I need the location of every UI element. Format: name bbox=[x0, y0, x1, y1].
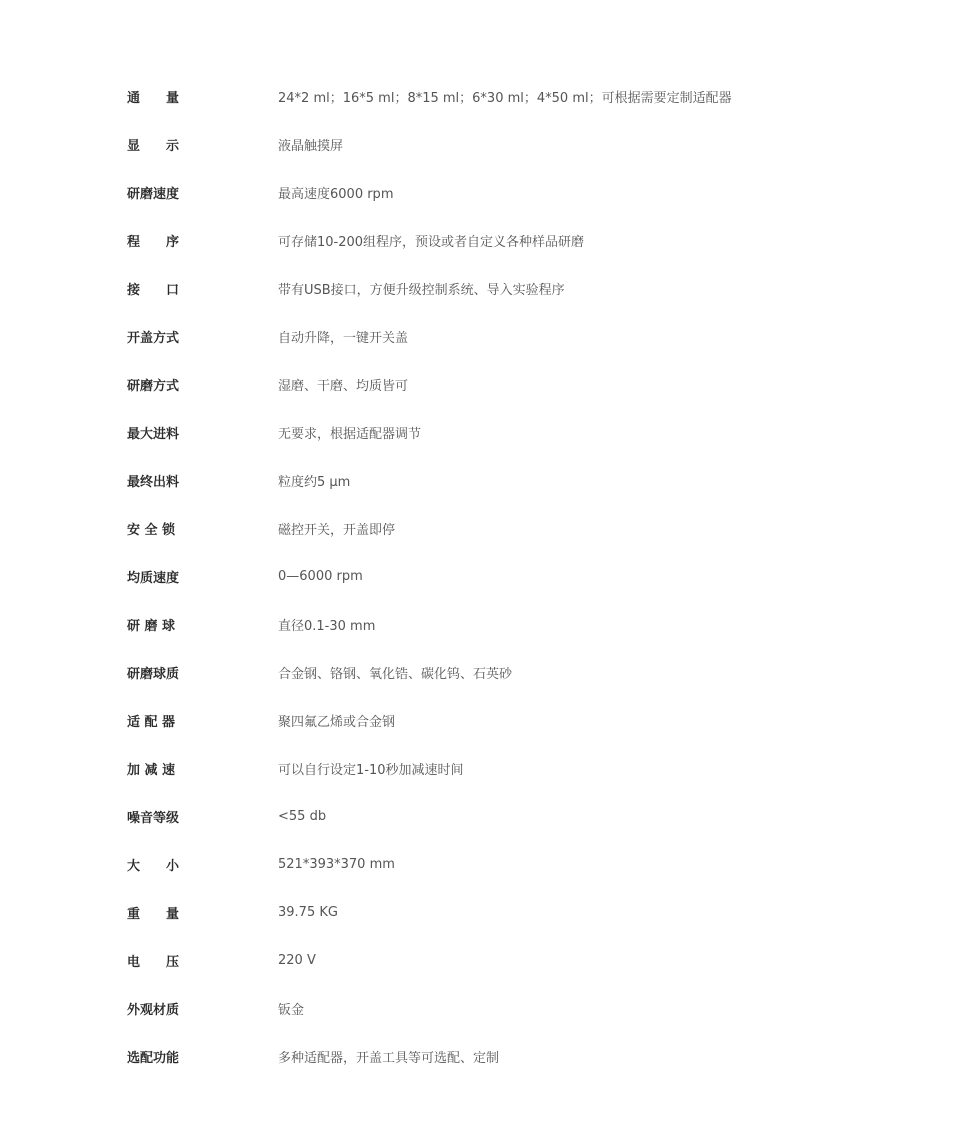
spec-row-ball-material: 研磨球质合金钢、铬钢、氧化锆、碳化钨、石英砂 bbox=[127, 648, 732, 696]
spec-value: 39.75 KG bbox=[278, 905, 338, 920]
spec-row-grinding-mode: 研磨方式湿磨、干磨、均质皆可 bbox=[127, 360, 732, 408]
spec-row-exterior-material: 外观材质钣金 bbox=[127, 984, 732, 1032]
spec-value: 0—6000 rpm bbox=[278, 569, 363, 584]
spec-row-optional-features: 选配功能多种适配器，开盖工具等可选配、定制 bbox=[127, 1032, 732, 1080]
spec-row-noise-level: 噪音等级<55 db bbox=[127, 792, 732, 840]
spec-label: 研 磨 球 bbox=[127, 615, 278, 634]
spec-value: 湿磨、干磨、均质皆可 bbox=[278, 375, 408, 394]
spec-label: 研磨速度 bbox=[127, 183, 278, 202]
spec-value: 钣金 bbox=[278, 999, 304, 1018]
spec-row-accel-decel: 加 减 速可以自行设定1-10秒加减速时间 bbox=[127, 744, 732, 792]
spec-value: 合金钢、铬钢、氧化锆、碳化钨、石英砂 bbox=[278, 663, 512, 682]
spec-label: 适 配 器 bbox=[127, 711, 278, 730]
spec-label: 最大进料 bbox=[127, 423, 278, 442]
spec-label: 均质速度 bbox=[127, 567, 278, 586]
spec-row-size: 大 小521*393*370 mm bbox=[127, 840, 732, 888]
spec-table: 通 量24*2 ml；16*5 ml；8*15 ml；6*30 ml；4*50 … bbox=[127, 72, 732, 1080]
spec-row-homogenize-speed: 均质速度0—6000 rpm bbox=[127, 552, 732, 600]
spec-label: 大 小 bbox=[127, 855, 278, 874]
spec-label: 噪音等级 bbox=[127, 807, 278, 826]
spec-label: 最终出料 bbox=[127, 471, 278, 490]
spec-row-grinding-speed: 研磨速度最高速度6000 rpm bbox=[127, 168, 732, 216]
spec-value: 可存储10-200组程序，预设或者自定义各种样品研磨 bbox=[278, 231, 584, 250]
spec-value: <55 db bbox=[278, 809, 326, 824]
spec-row-lid-mode: 开盖方式自动升降，一键开关盖 bbox=[127, 312, 732, 360]
spec-label: 研磨球质 bbox=[127, 663, 278, 682]
spec-label: 重 量 bbox=[127, 903, 278, 922]
spec-value: 自动升降，一键开关盖 bbox=[278, 327, 408, 346]
spec-row-weight: 重 量39.75 KG bbox=[127, 888, 732, 936]
spec-label: 显 示 bbox=[127, 135, 278, 154]
spec-label: 安 全 锁 bbox=[127, 519, 278, 538]
spec-value: 粒度约5 μm bbox=[278, 471, 350, 490]
spec-label: 接 口 bbox=[127, 279, 278, 298]
spec-row-grinding-ball: 研 磨 球直径0.1-30 mm bbox=[127, 600, 732, 648]
spec-row-final-output: 最终出料粒度约5 μm bbox=[127, 456, 732, 504]
spec-row-safety-lock: 安 全 锁磁控开关，开盖即停 bbox=[127, 504, 732, 552]
spec-row-display: 显 示液晶触摸屏 bbox=[127, 120, 732, 168]
spec-row-interface: 接 口带有USB接口，方便升级控制系统、导入实验程序 bbox=[127, 264, 732, 312]
spec-value: 无要求，根据适配器调节 bbox=[278, 423, 421, 442]
spec-row-program: 程 序可存储10-200组程序，预设或者自定义各种样品研磨 bbox=[127, 216, 732, 264]
spec-value: 最高速度6000 rpm bbox=[278, 183, 393, 202]
spec-value: 521*393*370 mm bbox=[278, 857, 395, 872]
spec-value: 聚四氟乙烯或合金钢 bbox=[278, 711, 395, 730]
spec-label: 研磨方式 bbox=[127, 375, 278, 394]
spec-label: 通 量 bbox=[127, 87, 278, 106]
spec-row-max-feed: 最大进料无要求，根据适配器调节 bbox=[127, 408, 732, 456]
spec-value: 多种适配器，开盖工具等可选配、定制 bbox=[278, 1047, 499, 1066]
spec-value: 液晶触摸屏 bbox=[278, 135, 343, 154]
spec-label: 外观材质 bbox=[127, 999, 278, 1018]
spec-row-throughput: 通 量24*2 ml；16*5 ml；8*15 ml；6*30 ml；4*50 … bbox=[127, 72, 732, 120]
spec-value: 磁控开关，开盖即停 bbox=[278, 519, 395, 538]
spec-value: 直径0.1-30 mm bbox=[278, 615, 375, 634]
spec-value: 220 V bbox=[278, 953, 316, 968]
spec-value: 带有USB接口，方便升级控制系统、导入实验程序 bbox=[278, 279, 565, 298]
spec-row-voltage: 电 压220 V bbox=[127, 936, 732, 984]
spec-label: 程 序 bbox=[127, 231, 278, 250]
spec-value: 可以自行设定1-10秒加减速时间 bbox=[278, 759, 464, 778]
spec-label: 电 压 bbox=[127, 951, 278, 970]
spec-label: 选配功能 bbox=[127, 1047, 278, 1066]
spec-row-adapter: 适 配 器聚四氟乙烯或合金钢 bbox=[127, 696, 732, 744]
spec-label: 加 减 速 bbox=[127, 759, 278, 778]
spec-label: 开盖方式 bbox=[127, 327, 278, 346]
spec-value: 24*2 ml；16*5 ml；8*15 ml；6*30 ml；4*50 ml；… bbox=[278, 87, 732, 106]
